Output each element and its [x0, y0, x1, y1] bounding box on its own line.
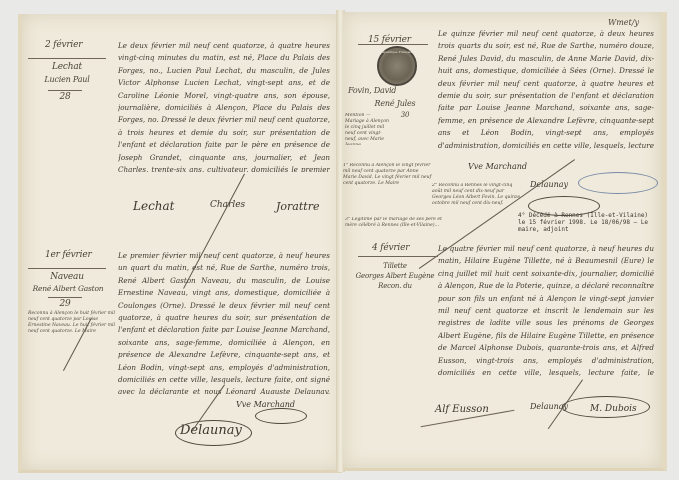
entry-surname: Fovin, David — [348, 86, 428, 95]
entry-status: Recon. du — [370, 282, 420, 290]
entry-surname: Fovin, David — [348, 86, 396, 95]
folio-number: Wmet/y — [608, 18, 639, 27]
margin-annotation: Reconnu à Alençon le huit février mil ne… — [28, 311, 116, 335]
margin-annotation: 1° Reconnu à Alençon le vingt février mi… — [343, 163, 433, 193]
signature-flourish — [578, 172, 658, 194]
signature: Alf Eusson — [435, 404, 489, 415]
entry-number: 29 — [48, 299, 82, 309]
margin-annotation: 3° Légitimé par le mariage de ses père e… — [345, 217, 445, 241]
entry-surname: Lechat — [30, 62, 104, 72]
signature: Delaunay — [530, 180, 568, 189]
entry-given-names: René Jules — [360, 99, 430, 108]
margin-annotation: 2° Reconnu à Rennes le vingt-cinq août m… — [432, 183, 522, 205]
entry-body-text: Le premier février mil neuf cent quatorz… — [118, 250, 330, 394]
entry-body-text: Le deux février mil neuf cent quatorze, … — [118, 40, 330, 172]
signature: Vve Marchand — [468, 162, 527, 171]
entry-date: 1er février — [45, 250, 92, 260]
signature: Jorattre — [276, 200, 319, 213]
signature: Lechat — [133, 199, 175, 213]
entry-given-names: Lucien Paul — [30, 75, 104, 84]
margin-rule — [48, 90, 82, 91]
entry-given-names: Georges Albert Eugène — [350, 272, 440, 280]
entry-body-text: Le quinze février mil neuf cent quatorze… — [438, 28, 654, 152]
margin-rule — [48, 297, 82, 298]
entry-body-text: Le quatre février mil neuf cent quatorze… — [438, 243, 654, 377]
margin-annotation: Mention — Mariage à Alençon le cinq juil… — [345, 113, 391, 145]
signature-flourish — [528, 196, 600, 216]
signature-flourish — [562, 396, 650, 418]
stamp-text: République Française — [379, 50, 415, 54]
entry-given-names: René Albert Gaston — [26, 284, 110, 293]
entry-date: 2 février — [45, 40, 82, 50]
signature-flourish — [255, 408, 307, 424]
signature-flourish — [175, 420, 252, 446]
margin-rule — [28, 58, 106, 59]
margin-rule — [358, 44, 428, 45]
scanned-register-spread: 2 février Lechat Lucien Paul 28 Le deux … — [0, 0, 679, 480]
entry-date: 4 février — [372, 243, 409, 253]
margin-rule — [28, 268, 106, 269]
entry-number: 30 — [395, 111, 415, 119]
entry-surname: Naveau — [30, 272, 104, 282]
margin-annotation-death: 4° Décédé à Rennes (Ille-et-Vilaine) le … — [518, 212, 658, 233]
official-stamp: République Française — [377, 46, 417, 86]
entry-surname: Tillette — [370, 262, 420, 270]
entry-number: 28 — [48, 92, 82, 102]
margin-rule — [358, 256, 438, 257]
